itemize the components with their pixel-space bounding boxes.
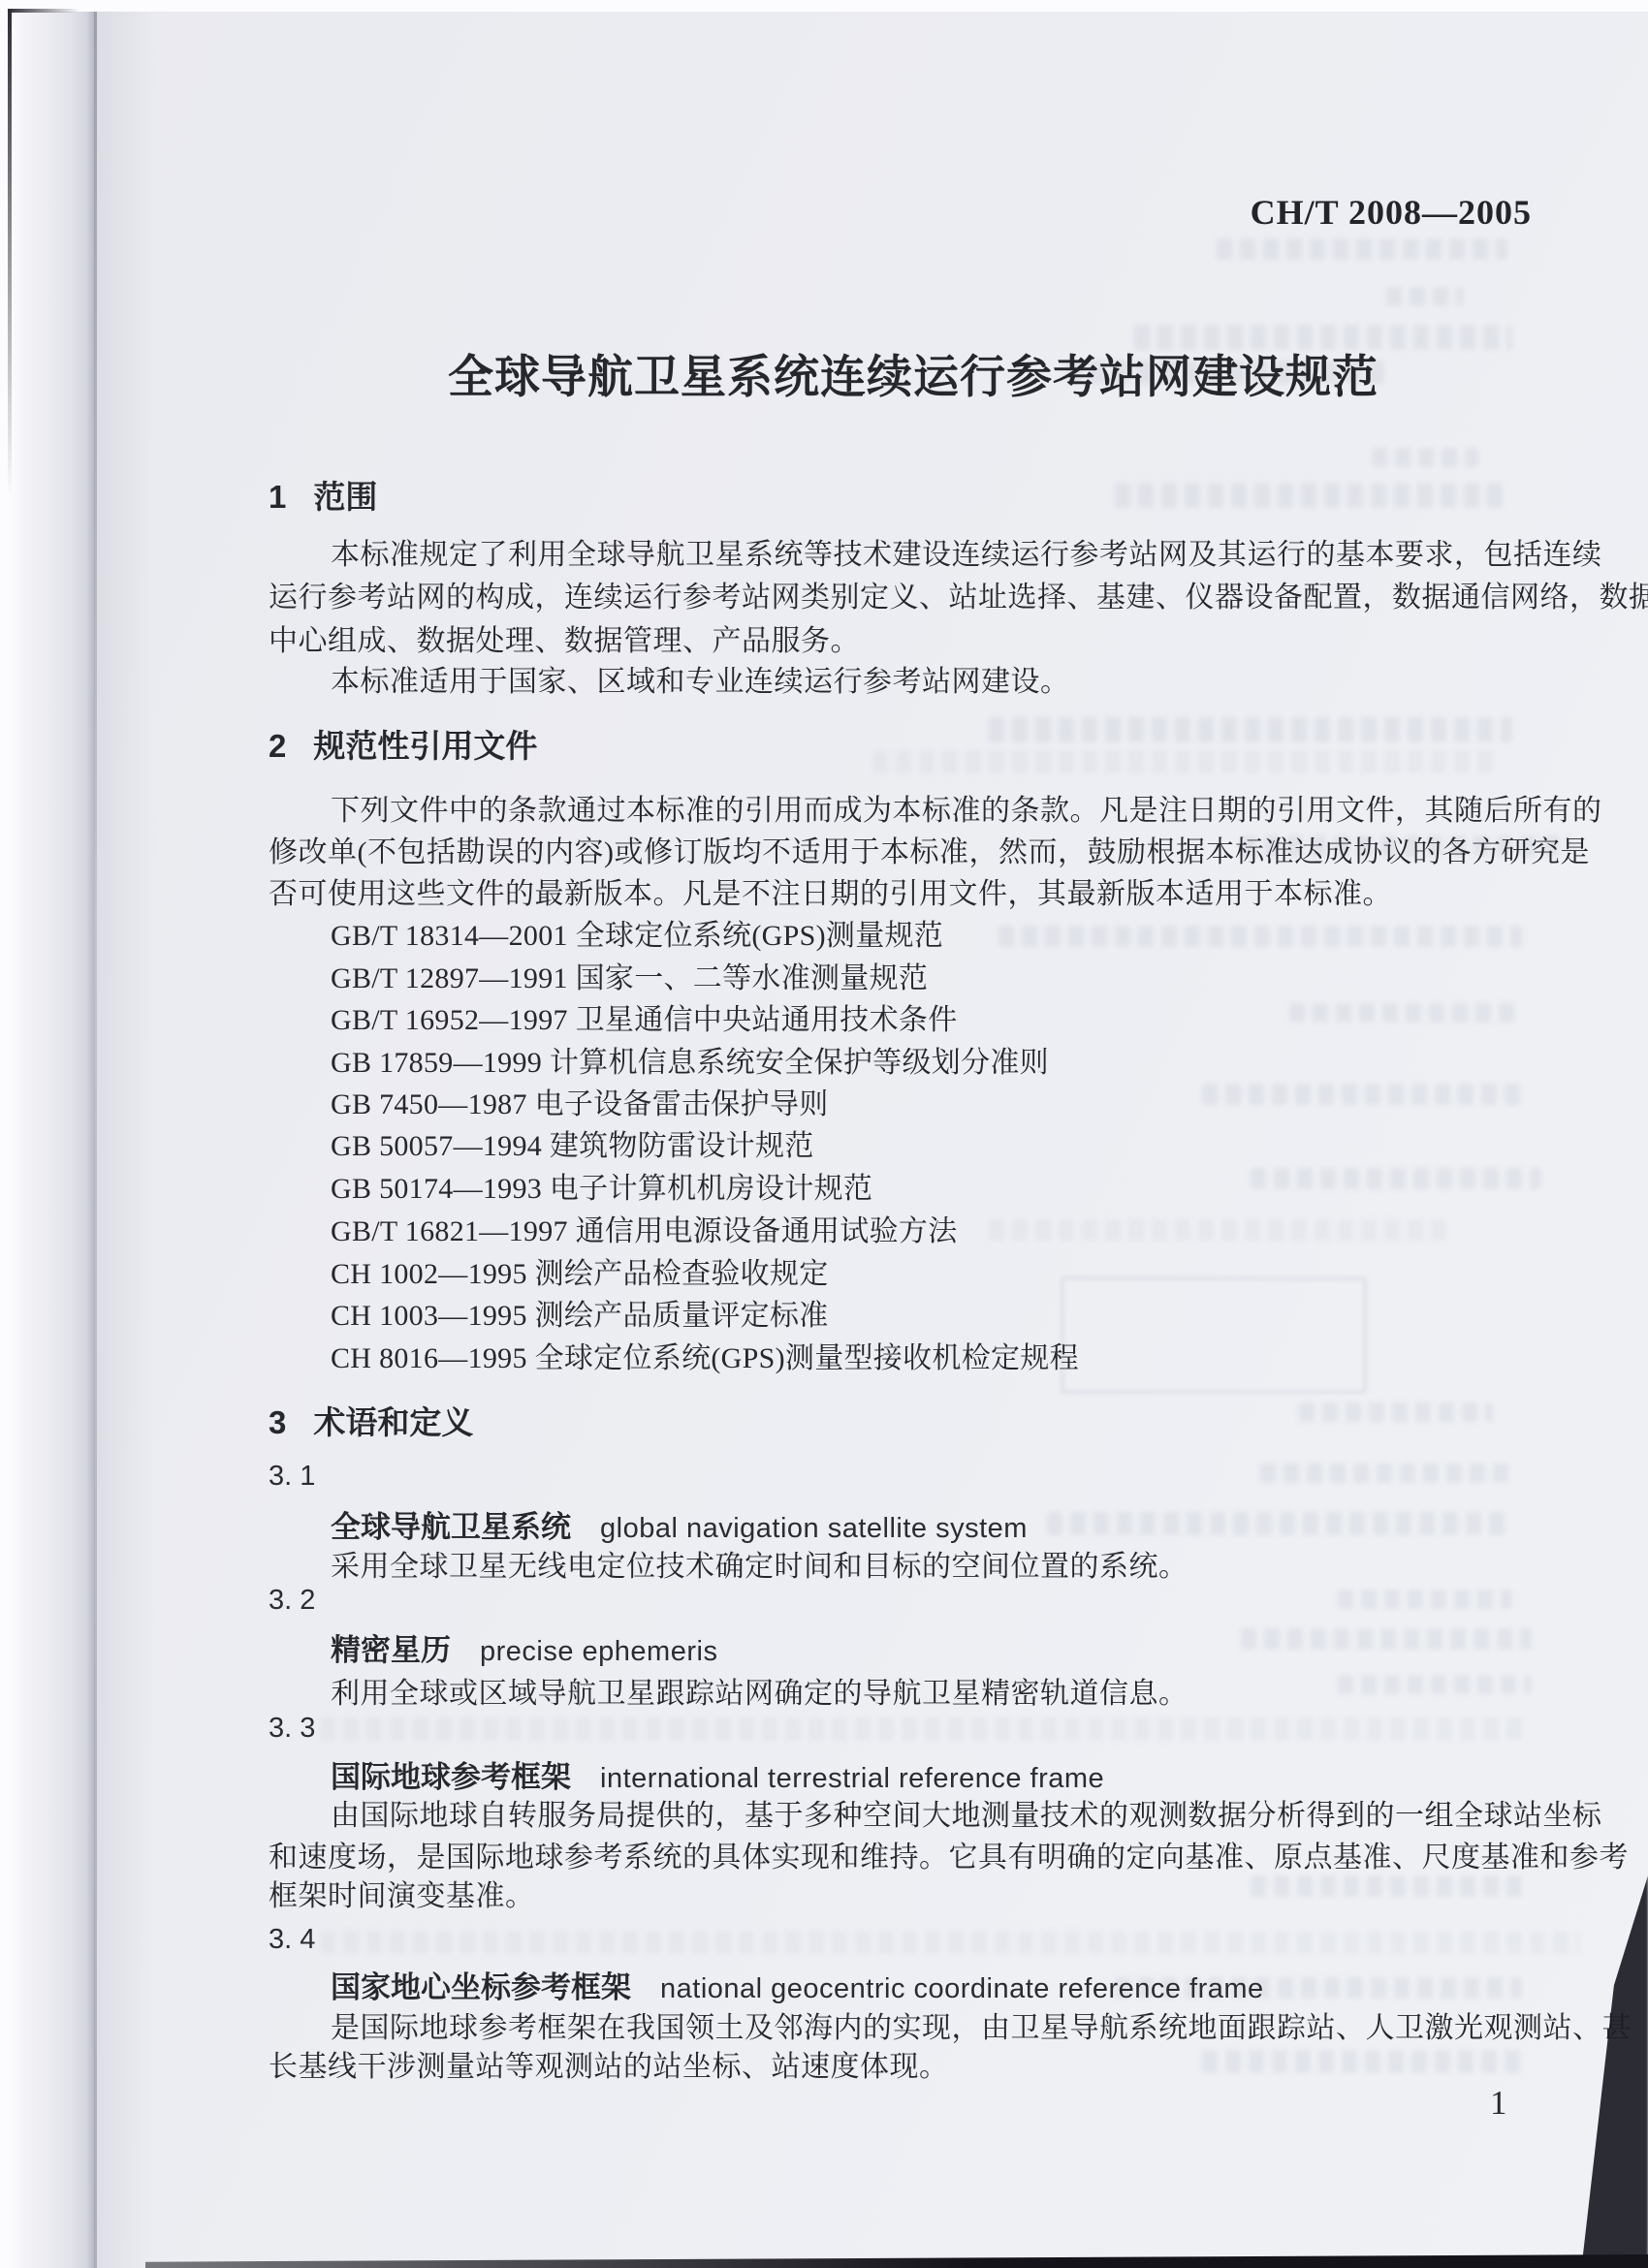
section-2-title: 规范性引用文件: [313, 728, 537, 764]
page-number: 1: [1490, 2084, 1507, 2123]
scan-corner-mark-vertical: [8, 10, 12, 499]
paragraph-line: 修改单(不包括勘误的内容)或修订版均不适用于本标准，然而，鼓励根据本标准达成协议…: [269, 828, 1590, 870]
term-line: 全球导航卫星系统global navigation satellite syst…: [331, 1502, 1028, 1546]
binding-shadow: [97, 12, 155, 2268]
scanned-standard-page: CH/T 2008—2005 全球导航卫星系统连续运行参考站网建设规范 1范围 …: [0, 0, 1648, 2268]
term-en: global navigation satellite system: [600, 1513, 1028, 1544]
reference-item: GB/T 16952—1997 卫星通信中央站通用技术条件: [331, 995, 958, 1038]
section-1-number: 1: [269, 479, 286, 515]
term-definition-line: 由国际地球自转服务局提供的，基于多种空间大地测量技术的观测数据分析得到的一组全球…: [331, 1791, 1602, 1834]
term-definition-line: 是国际地球参考框架在我国领土及邻海内的实现，由卫星导航系统地面跟踪站、人卫激光观…: [331, 2003, 1632, 2046]
paragraph-line: 否可使用这些文件的最新版本。凡是不注日期的引用文件，其最新版本适用于本标准。: [269, 869, 1392, 912]
paragraph-line: 下列文件中的条款通过本标准的引用而成为本标准的条款。凡是注日期的引用文件，其随后…: [331, 786, 1602, 829]
term-zh: 国际地球参考框架: [331, 1760, 571, 1794]
term-number: 3. 2: [269, 1585, 315, 1617]
binding-edge: [8, 12, 95, 2268]
paragraph-line: 本标准规定了利用全球导航卫星系统等技术建设连续运行参考站网及其运行的基本要求，包…: [331, 530, 1602, 573]
reference-item: GB/T 12897—1991 国家一、二等水准测量规范: [331, 954, 928, 996]
section-1-title: 范围: [313, 479, 377, 515]
section-3-number: 3: [269, 1404, 286, 1440]
section-2-heading: 2规范性引用文件: [269, 721, 537, 767]
reference-item: GB 50174—1993 电子计算机机房设计规范: [331, 1164, 872, 1207]
term-definition-line: 长基线干涉测量站等观测站的站坐标、站速度体现。: [269, 2042, 949, 2085]
page-title: 全球导航卫星系统连续运行参考站网建设规范: [448, 341, 1379, 406]
term-line: 国际地球参考框架international terrestrial refere…: [331, 1752, 1104, 1796]
term-line: 国家地心坐标参考框架national geocentric coordinate…: [331, 1963, 1264, 2006]
scan-corner-mark-horizontal: [8, 9, 79, 13]
term-en: international terrestrial reference fram…: [600, 1763, 1104, 1794]
reference-item: CH 8016—1995 全球定位系统(GPS)测量型接收机检定规程: [331, 1334, 1079, 1376]
term-en: national geocentric coordinate reference…: [660, 1973, 1264, 2004]
reference-item: GB 50057—1994 建筑物防雷设计规范: [331, 1121, 814, 1164]
section-2-number: 2: [269, 728, 286, 764]
term-zh: 国家地心坐标参考框架: [331, 1970, 631, 2004]
section-3-heading: 3术语和定义: [269, 1398, 473, 1443]
term-definition-line: 采用全球卫星无线电定位技术确定时间和目标的空间位置的系统。: [331, 1542, 1188, 1585]
term-en: precise ephemeris: [480, 1636, 717, 1667]
term-line: 精密星历precise ephemeris: [331, 1625, 717, 1669]
paragraph-line: 本标准适用于国家、区域和专业连续运行参考站网建设。: [331, 657, 1070, 700]
term-definition-line: 框架时间演变基准。: [269, 1872, 535, 1914]
section-3-title: 术语和定义: [313, 1404, 473, 1440]
reference-item: GB/T 18314—2001 全球定位系统(GPS)测量规范: [331, 911, 943, 954]
paragraph-line: 运行参考站网的构成，连续运行参考站网类别定义、站址选择、基建、仪器设备配置，数据…: [269, 573, 1648, 615]
doc-number: CH/T 2008—2005: [1251, 192, 1532, 233]
term-number: 3. 1: [269, 1461, 315, 1493]
term-definition-line: 利用全球或区域导航卫星跟踪站网确定的导航卫星精密轨道信息。: [331, 1669, 1188, 1712]
term-definition-line: 和速度场，是国际地球参考系统的具体实现和维持。它具有明确的定向基准、原点基准、尺…: [269, 1833, 1629, 1875]
paragraph-line: 中心组成、数据处理、数据管理、产品服务。: [269, 616, 860, 659]
reference-item: GB/T 16821—1997 通信用电源设备通用试验方法: [331, 1207, 958, 1249]
reference-item: GB 7450—1987 电子设备雷击保护导则: [331, 1080, 829, 1122]
term-zh: 精密星历: [331, 1633, 451, 1667]
term-zh: 全球导航卫星系统: [331, 1510, 571, 1544]
term-number: 3. 4: [269, 1924, 315, 1956]
reference-item: CH 1003—1995 测绘产品质量评定标准: [331, 1291, 829, 1334]
reference-item: GB 17859—1999 计算机信息系统安全保护等级划分准则: [331, 1038, 1049, 1081]
term-number: 3. 3: [269, 1713, 315, 1745]
reference-item: CH 1002—1995 测绘产品检查验收规定: [331, 1249, 829, 1292]
section-1-heading: 1范围: [269, 472, 377, 518]
